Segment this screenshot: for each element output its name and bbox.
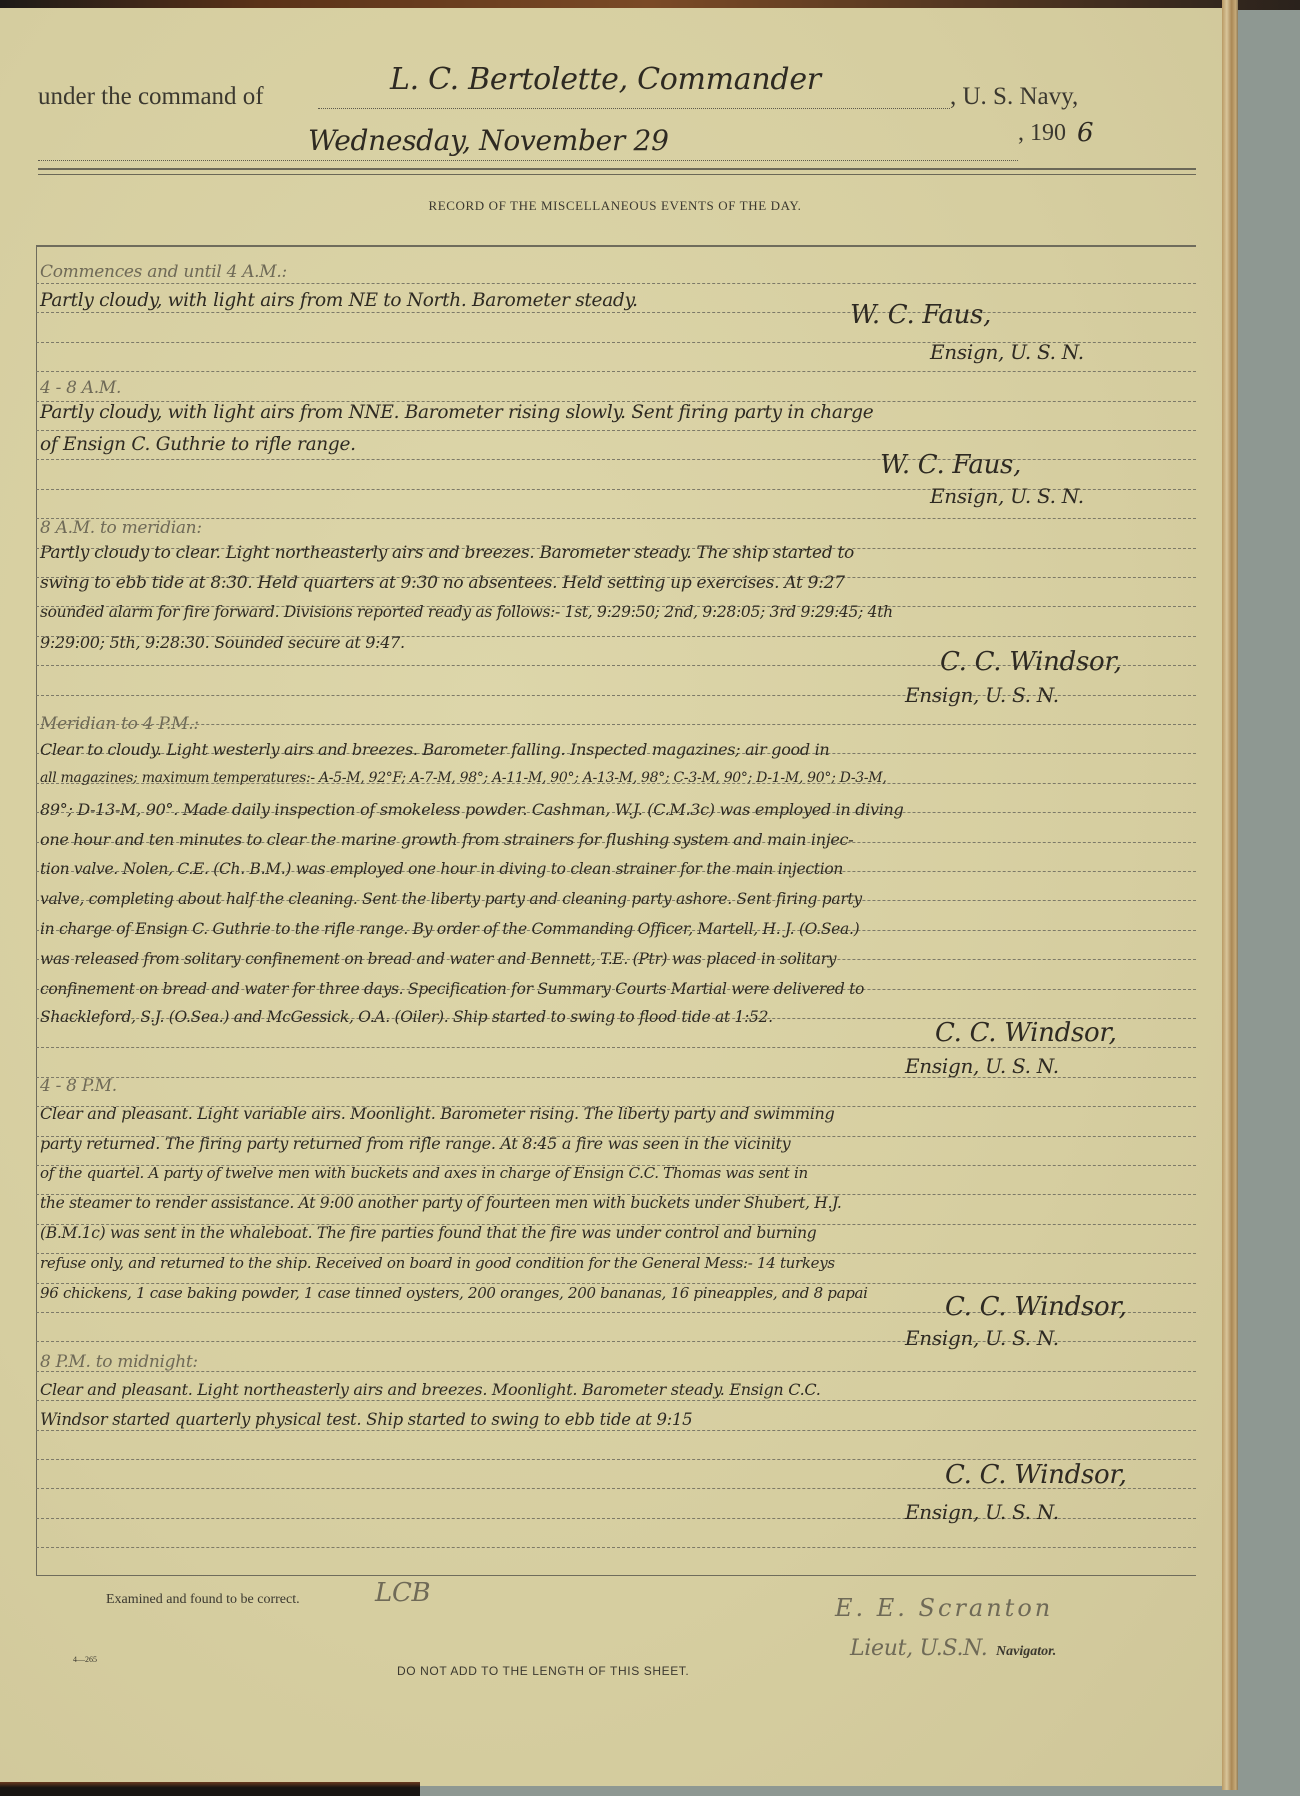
watch-officer-signature: C. C. Windsor, xyxy=(945,1460,1127,1490)
watch-entry-line: party returned. The firing party returne… xyxy=(40,1134,790,1153)
watch-entry-line: one hour and ten minutes to clear the ma… xyxy=(40,830,853,849)
watch-entry-line: 89°; D-13-M, 90°. Made daily inspection … xyxy=(40,800,903,819)
watch-entry-line: in charge of Ensign C. Guthrie to the ri… xyxy=(40,920,859,938)
watch-heading: Meridian to 4 P.M.: xyxy=(40,714,199,734)
watch-entry-line: Partly cloudy to clear. Light northeaste… xyxy=(40,543,854,563)
ruled-line xyxy=(36,1371,1196,1372)
form-number: 4—265 xyxy=(73,1655,97,1664)
watch-entry-line: Windsor started quarterly physical test.… xyxy=(40,1410,692,1429)
watch-heading: 8 P.M. to midnight: xyxy=(40,1352,198,1372)
watch-officer-title: Ensign, U. S. N. xyxy=(905,1054,1059,1078)
watch-heading: 4 - 8 P.M. xyxy=(40,1076,117,1096)
navigator-label: Navigator. xyxy=(996,1644,1056,1660)
watch-officer-signature: C. C. Windsor, xyxy=(940,647,1122,677)
ruled-line xyxy=(36,283,1196,284)
log-date: Wednesday, November 29 xyxy=(308,124,669,157)
navigator-signature: E. E. Scranton xyxy=(835,1594,1053,1622)
watch-entry-line: of Ensign C. Guthrie to rifle range. xyxy=(40,434,356,455)
watch-officer-title: Ensign, U. S. N. xyxy=(905,683,1059,707)
watch-entry-line: valve, completing about half the cleanin… xyxy=(40,890,862,908)
watch-heading: Commences and until 4 A.M.: xyxy=(40,262,287,282)
ruled-line xyxy=(36,312,1196,313)
watch-officer-signature: C. C. Windsor, xyxy=(945,1292,1127,1322)
header-divider xyxy=(38,168,1196,175)
ruled-line xyxy=(36,1430,1196,1431)
watch-officer-title: Ensign, U. S. N. xyxy=(930,340,1084,364)
commander-name: L. C. Bertolette, Commander xyxy=(390,62,821,97)
ruled-line xyxy=(36,724,1196,725)
watch-officer-title: Ensign, U. S. N. xyxy=(930,484,1084,508)
navigator-rank: Lieut, U.S.N. xyxy=(850,1636,987,1661)
command-prefix: under the command of xyxy=(38,83,264,111)
service-suffix: , U. S. Navy, xyxy=(950,83,1078,111)
watch-entry-line: swing to ebb tide at 8:30. Held quarters… xyxy=(40,573,845,593)
commander-field-line xyxy=(318,108,950,109)
watch-entry-line: Shackleford, S.J. (O.Sea.) and McGessick… xyxy=(40,1008,773,1026)
watch-entry-line: Partly cloudy, with light airs from NE t… xyxy=(40,290,638,311)
date-field-line xyxy=(38,160,1018,161)
ruled-line xyxy=(36,518,1196,519)
examiner-initials: LCB xyxy=(375,1578,430,1608)
watch-entry-line: of the quartel. A party of twelve men wi… xyxy=(40,1164,808,1182)
watch-entry-line: all magazines; maximum temperatures:- A-… xyxy=(40,770,887,786)
watch-officer-signature: C. C. Windsor, xyxy=(935,1018,1117,1048)
examined-label: Examined and found to be correct. xyxy=(106,1592,300,1608)
book-cover-bottom-edge xyxy=(0,1782,420,1796)
watch-entry-line: confinement on bread and water for three… xyxy=(40,980,864,998)
year-prefix: , 190 xyxy=(1018,120,1066,147)
watch-heading: 8 A.M. to meridian: xyxy=(40,518,202,538)
ruled-line xyxy=(36,459,1196,460)
watch-heading: 4 - 8 A.M. xyxy=(40,378,121,398)
page-stack-edge xyxy=(1222,0,1238,1790)
watch-officer-signature: W. C. Faus, xyxy=(850,300,991,330)
ruled-line xyxy=(36,430,1196,431)
watch-entry-line: Clear and pleasant. Light variable airs.… xyxy=(40,1104,834,1123)
record-title: RECORD OF THE MISCELLANEOUS EVENTS OF TH… xyxy=(0,198,1230,214)
watch-entry-line: Clear and pleasant. Light northeasterly … xyxy=(40,1380,821,1399)
year-digit: 6 xyxy=(1077,118,1093,148)
watch-officer-signature: W. C. Faus, xyxy=(880,450,1021,480)
watch-entry-line: (B.M.1c) was sent in the whaleboat. The … xyxy=(40,1224,816,1242)
ruled-line xyxy=(36,1547,1196,1548)
watch-entry-line: Clear to cloudy. Light westerly airs and… xyxy=(40,740,829,759)
watch-officer-title: Ensign, U. S. N. xyxy=(905,1326,1059,1350)
watch-entry-line: sounded alarm for fire forward. Division… xyxy=(40,603,893,621)
watch-entry-line: refuse only, and returned to the ship. R… xyxy=(40,1254,835,1272)
watch-entry-line: 9:29:00; 5th, 9:28:30. Sounded secure at… xyxy=(40,633,405,652)
watch-entry-line: Partly cloudy, with light airs from NNE.… xyxy=(40,402,873,423)
watch-entry-line: 96 chickens, 1 case baking powder, 1 cas… xyxy=(40,1284,868,1302)
watch-entry-line: was released from solitary confinement o… xyxy=(40,950,836,968)
ruled-line xyxy=(36,1400,1196,1401)
watch-officer-title: Ensign, U. S. N. xyxy=(905,1500,1059,1524)
ruled-line xyxy=(36,371,1196,372)
watch-entry-line: tion valve. Nolen, C.E. (Ch. B.M.) was e… xyxy=(40,860,843,878)
watch-entry-line: the steamer to render assistance. At 9:0… xyxy=(40,1194,842,1212)
length-notice: DO NOT ADD TO THE LENGTH OF THIS SHEET. xyxy=(397,1664,689,1678)
